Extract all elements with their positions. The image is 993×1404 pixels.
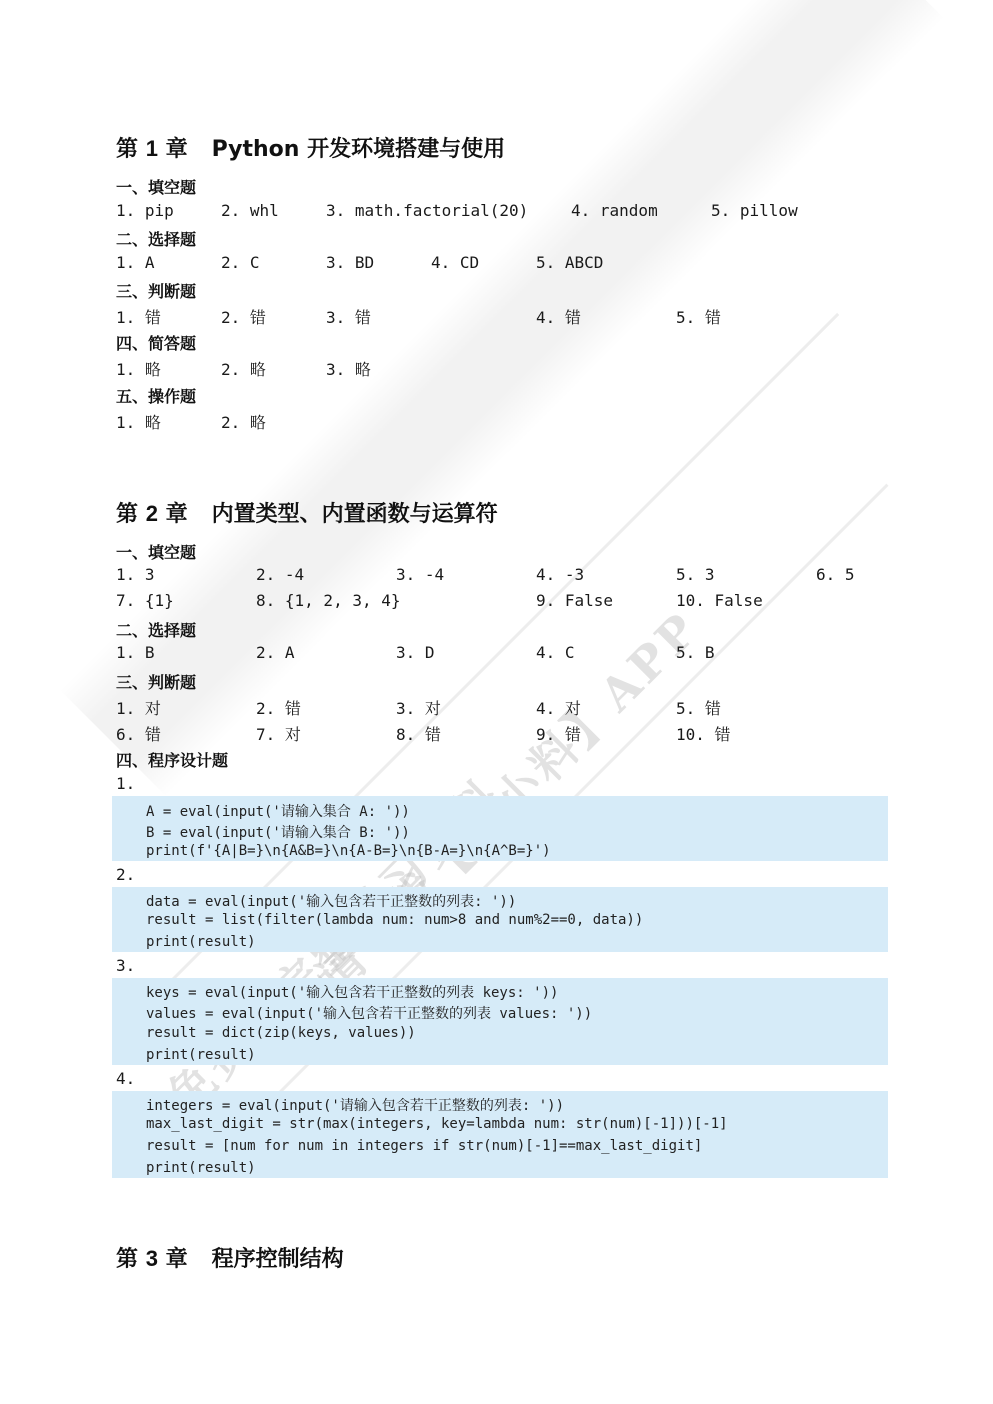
chapter-2-title: 第 2 章内置类型、内置函数与运算符 bbox=[116, 497, 498, 528]
program-2-label: 2. bbox=[116, 865, 135, 884]
ch2-true-false-answers-row2: 6. 错 7. 对 8. 错 9. 错 10. 错 bbox=[0, 722, 993, 744]
answer-item: 10. False bbox=[676, 591, 763, 610]
program-1-label: 1. bbox=[116, 774, 135, 793]
answer-item: 8. {1, 2, 3, 4} bbox=[256, 591, 401, 610]
chapter-1-title: 第 1 章Python 开发环境搭建与使用 bbox=[116, 132, 505, 163]
ch2-fill-blank-answers-row1: 1. 3 2. -4 3. -4 4. -3 5. 3 6. 5 bbox=[0, 565, 993, 587]
answer-item: 1. B bbox=[116, 643, 155, 662]
ch2-section-true-false: 三、判断题 bbox=[116, 670, 196, 693]
answer-item: 10. 错 bbox=[676, 722, 731, 745]
answer-item: 1. 3 bbox=[116, 565, 155, 584]
code-line: print(result) bbox=[146, 1160, 256, 1176]
ch2-true-false-answers-row1: 1. 对 2. 错 3. 对 4. 对 5. 错 bbox=[0, 696, 993, 718]
program-4-label: 4. bbox=[116, 1069, 135, 1088]
ch1-multiple-choice-answers: 1. A 2. C 3. BD 4. CD 5. ABCD bbox=[0, 253, 993, 275]
ch2-section-multiple-choice: 二、选择题 bbox=[116, 618, 196, 641]
ch2-section-fill-blank: 一、填空题 bbox=[116, 540, 196, 563]
answer-item: 7. 对 bbox=[256, 722, 301, 745]
chapter-name: 程序控制结构 bbox=[212, 1247, 344, 1272]
program-2-code-block: data = eval(input('输入包含若干正整数的列表: ')) res… bbox=[112, 887, 888, 952]
ch1-short-answer-answers: 1. 略 2. 略 3. 略 bbox=[0, 357, 993, 379]
chapter-suffix: 章 bbox=[166, 137, 188, 162]
answer-item: 7. {1} bbox=[116, 591, 174, 610]
answer-item: 3. -4 bbox=[396, 565, 444, 584]
code-line: print(result) bbox=[146, 934, 256, 950]
chapter-3-title: 第 3 章程序控制结构 bbox=[116, 1242, 344, 1273]
code-line: B = eval(input('请输入集合 B: ')) bbox=[146, 822, 410, 842]
code-line: A = eval(input('请输入集合 A: ')) bbox=[146, 801, 410, 821]
chapter-number: 1 bbox=[146, 136, 158, 161]
answer-item: 2. 错 bbox=[256, 696, 301, 719]
chapter-name: Python 开发环境搭建与使用 bbox=[212, 137, 506, 162]
answer-item: 3. 略 bbox=[326, 357, 371, 380]
chapter-prefix: 第 bbox=[116, 137, 138, 162]
answer-item: 5. B bbox=[676, 643, 715, 662]
answer-item: 5. ABCD bbox=[536, 253, 603, 272]
answer-item: 1. 对 bbox=[116, 696, 161, 719]
ch1-section-fill-blank: 一、填空题 bbox=[116, 175, 196, 198]
code-line: integers = eval(input('请输入包含若干正整数的列表: ')… bbox=[146, 1095, 564, 1115]
program-3-label: 3. bbox=[116, 956, 135, 975]
answer-item: 4. 对 bbox=[536, 696, 581, 719]
answer-item: 1. pip bbox=[116, 201, 174, 220]
answer-item: 2. -4 bbox=[256, 565, 304, 584]
chapter-suffix: 章 bbox=[166, 1247, 188, 1272]
program-4-code-block: integers = eval(input('请输入包含若干正整数的列表: ')… bbox=[112, 1091, 888, 1178]
answer-item: 2. 错 bbox=[221, 305, 266, 328]
ch1-fill-blank-answers: 1. pip 2. whl 3. math.factorial(20) 4. r… bbox=[0, 201, 993, 223]
chapter-prefix: 第 bbox=[116, 502, 138, 527]
code-line: print(f'{A|B=}\n{A&B=}\n{A-B=}\n{B-A=}\n… bbox=[146, 843, 551, 859]
answer-item: 2. C bbox=[221, 253, 260, 272]
answer-item: 4. C bbox=[536, 643, 575, 662]
answer-item: 5. 3 bbox=[676, 565, 715, 584]
answer-item: 1. 略 bbox=[116, 357, 161, 380]
chapter-name: 内置类型、内置函数与运算符 bbox=[212, 502, 498, 527]
answer-item: 1. 略 bbox=[116, 410, 161, 433]
ch1-true-false-answers: 1. 错 2. 错 3. 错 4. 错 5. 错 bbox=[0, 305, 993, 327]
program-1-code-block: A = eval(input('请输入集合 A: ')) B = eval(in… bbox=[112, 796, 888, 861]
answer-item: 3. D bbox=[396, 643, 435, 662]
code-line: keys = eval(input('输入包含若干正整数的列表 keys: ')… bbox=[146, 982, 558, 1002]
code-line: result = [num for num in integers if str… bbox=[146, 1138, 702, 1154]
answer-item: 2. whl bbox=[221, 201, 279, 220]
answer-item: 5. 错 bbox=[676, 696, 721, 719]
answer-item: 2. A bbox=[256, 643, 295, 662]
ch1-section-operation: 五、操作题 bbox=[116, 384, 196, 407]
ch2-section-programming: 四、程序设计题 bbox=[116, 748, 228, 771]
ch2-fill-blank-answers-row2: 7. {1} 8. {1, 2, 3, 4} 9. False 10. Fals… bbox=[0, 591, 993, 613]
chapter-number: 3 bbox=[146, 1246, 158, 1271]
chapter-suffix: 章 bbox=[166, 502, 188, 527]
answer-item: 6. 错 bbox=[116, 722, 161, 745]
answer-item: 4. -3 bbox=[536, 565, 584, 584]
ch2-multiple-choice-answers: 1. B 2. A 3. D 4. C 5. B bbox=[0, 643, 993, 665]
answer-item: 2. 略 bbox=[221, 410, 266, 433]
answer-item: 8. 错 bbox=[396, 722, 441, 745]
ch1-section-short-answer: 四、简答题 bbox=[116, 331, 196, 354]
answer-item: 5. pillow bbox=[711, 201, 798, 220]
code-line: result = list(filter(lambda num: num>8 a… bbox=[146, 912, 643, 928]
code-line: values = eval(input('输入包含若干正整数的列表 values… bbox=[146, 1003, 592, 1023]
answer-item: 3. math.factorial(20) bbox=[326, 201, 528, 220]
answer-item: 1. 错 bbox=[116, 305, 161, 328]
answer-item: 3. 错 bbox=[326, 305, 371, 328]
ch1-operation-answers: 1. 略 2. 略 bbox=[0, 410, 993, 432]
code-line: result = dict(zip(keys, values)) bbox=[146, 1025, 416, 1041]
chapter-number: 2 bbox=[146, 501, 158, 526]
answer-item: 9. False bbox=[536, 591, 613, 610]
answer-item: 2. 略 bbox=[221, 357, 266, 380]
answer-item: 1. A bbox=[116, 253, 155, 272]
code-line: print(result) bbox=[146, 1047, 256, 1063]
answer-item: 5. 错 bbox=[676, 305, 721, 328]
answer-item: 4. CD bbox=[431, 253, 479, 272]
ch1-section-true-false: 三、判断题 bbox=[116, 279, 196, 302]
answer-item: 6. 5 bbox=[816, 565, 855, 584]
code-line: data = eval(input('输入包含若干正整数的列表: ')) bbox=[146, 891, 516, 911]
answer-item: 3. 对 bbox=[396, 696, 441, 719]
answer-item: 4. random bbox=[571, 201, 658, 220]
answer-item: 3. BD bbox=[326, 253, 374, 272]
program-3-code-block: keys = eval(input('输入包含若干正整数的列表 keys: ')… bbox=[112, 978, 888, 1065]
chapter-prefix: 第 bbox=[116, 1247, 138, 1272]
answer-item: 9. 错 bbox=[536, 722, 581, 745]
ch1-section-multiple-choice: 二、选择题 bbox=[116, 227, 196, 250]
code-line: max_last_digit = str(max(integers, key=l… bbox=[146, 1116, 728, 1132]
answer-item: 4. 错 bbox=[536, 305, 581, 328]
